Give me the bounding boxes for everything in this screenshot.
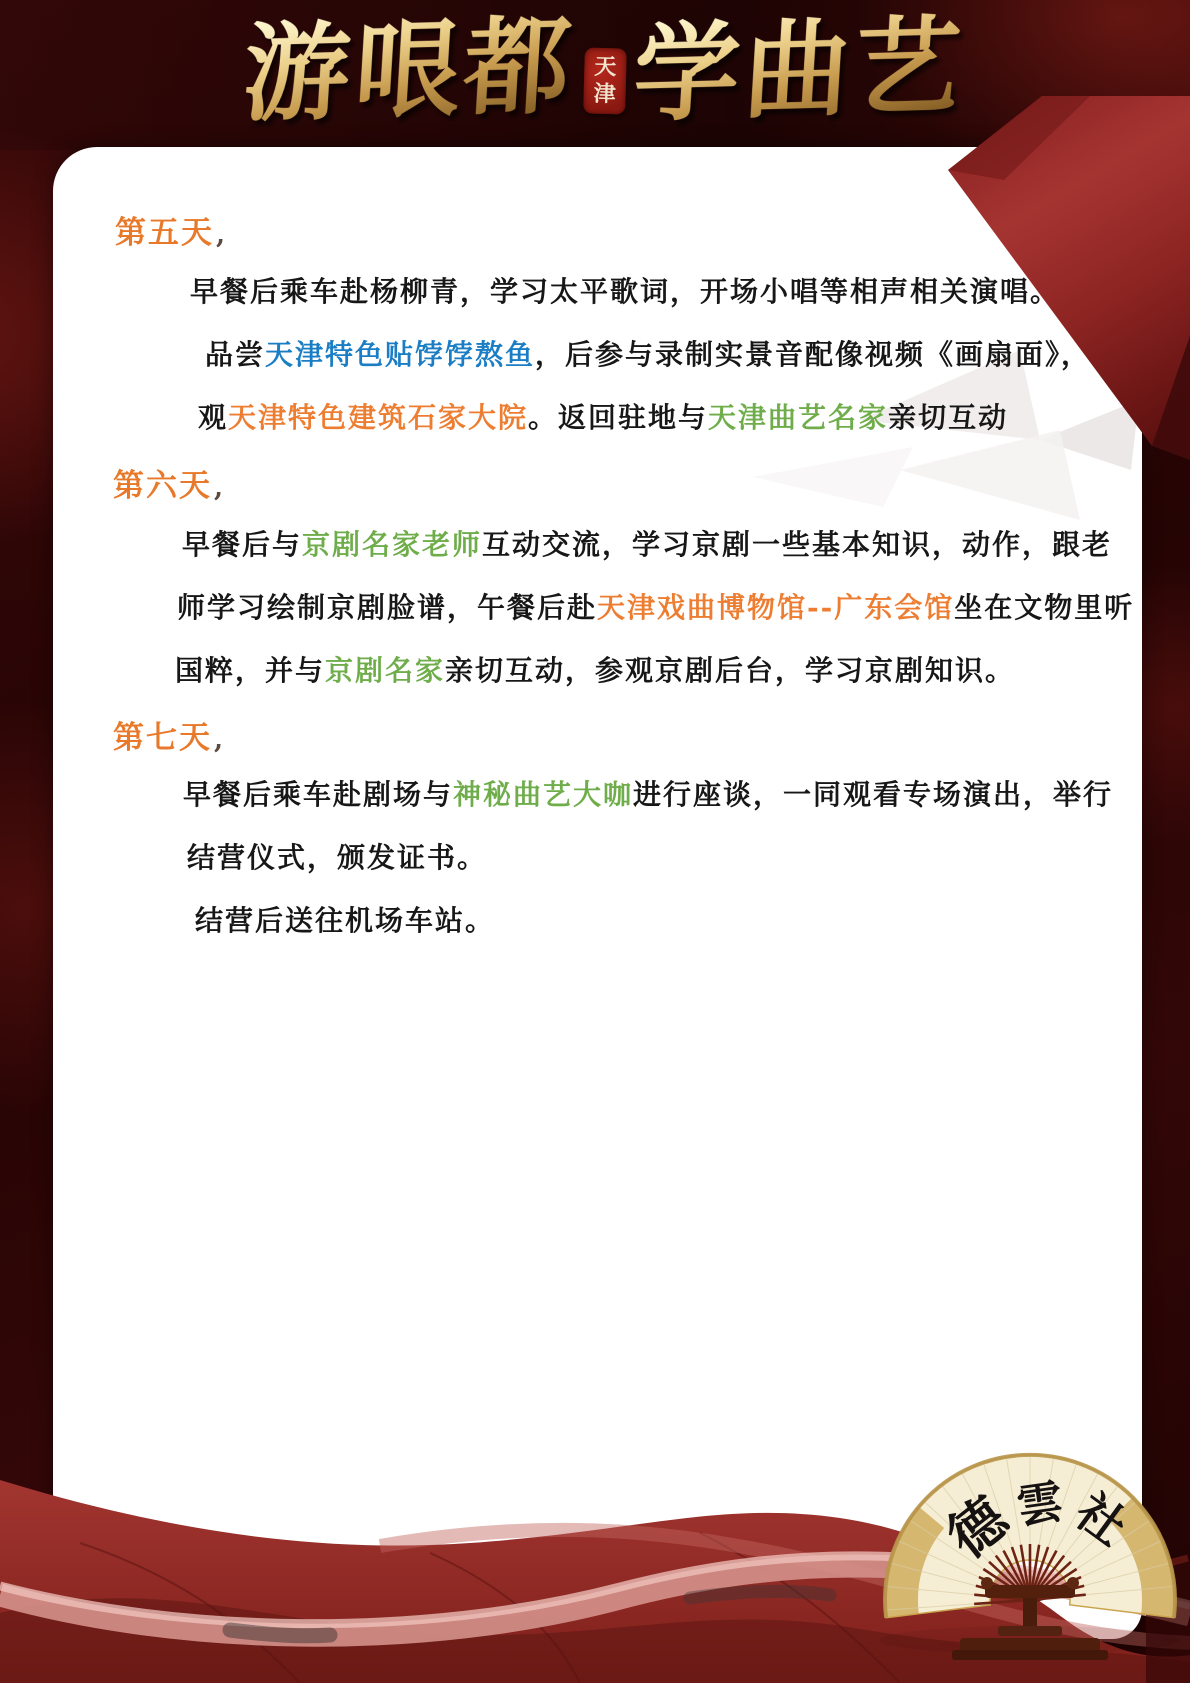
text-segment: ，后参与录制实景音配像视频《画扇面》，参 bbox=[535, 338, 1121, 371]
text-segment: 进行座谈，一同观看专场演出，举行 bbox=[633, 778, 1113, 811]
text-segment: 互动交流，学习京剧一些基本知识，动作，跟老 bbox=[482, 528, 1112, 561]
text-segment: 早餐后乘车赴杨柳青，学习太平歌词，开场小唱等相声相关演唱。午餐 bbox=[190, 275, 1120, 308]
text-segment: 结营仪式，颁发证书。 bbox=[187, 841, 487, 874]
text-segment: 早餐后与 bbox=[182, 528, 302, 561]
text-segment: 早餐后乘车赴剧场与 bbox=[183, 778, 453, 811]
itinerary-line: 结营仪式，颁发证书。 bbox=[187, 836, 487, 876]
itinerary-line: 早餐后与京剧名家老师互动交流，学习京剧一些基本知识，动作，跟老 bbox=[182, 523, 1112, 563]
itinerary-line: 品尝天津特色贴饽饽熬鱼，后参与录制实景音配像视频《画扇面》，参 bbox=[205, 333, 1121, 373]
day-label-text: 第六天 bbox=[113, 468, 212, 504]
day-header: 第六天, bbox=[113, 460, 225, 505]
text-segment: 亲切互动，参观京剧后台，学习京剧知识。 bbox=[445, 654, 1015, 687]
day-label-text: 第五天 bbox=[115, 215, 214, 251]
itinerary-line: 早餐后乘车赴杨柳青，学习太平歌词，开场小唱等相声相关演唱。午餐 bbox=[190, 270, 1120, 310]
itinerary-line: 观天津特色建筑石家大院。返回驻地与天津曲艺名家亲切互动 bbox=[198, 396, 1008, 436]
poster-page: 游哏都 天 津 学曲艺 第五天,早餐后乘车赴杨柳青，学习太平歌词，开场小唱等相声… bbox=[0, 0, 1190, 1683]
day-label-comma: , bbox=[214, 473, 225, 503]
day-header: 第五天, bbox=[115, 207, 227, 252]
itinerary-line: 结营后送往机场车站。 bbox=[195, 899, 495, 939]
day-label-comma: , bbox=[216, 220, 227, 250]
text-segment: 天津曲艺名家 bbox=[708, 401, 888, 434]
text-segment: 。返回驻地与 bbox=[528, 401, 708, 434]
text-segment: 品尝 bbox=[205, 338, 265, 371]
day-label-comma: , bbox=[214, 725, 225, 755]
text-segment: 神秘曲艺大咖 bbox=[453, 778, 633, 811]
itinerary-line: 师学习绘制京剧脸谱，午餐后赴天津戏曲博物馆--广东会馆坐在文物里听 bbox=[177, 586, 1134, 626]
day-label-text: 第七天 bbox=[113, 720, 212, 756]
day-header: 第七天, bbox=[113, 712, 225, 757]
itinerary-text: 第五天,早餐后乘车赴杨柳青，学习太平歌词，开场小唱等相声相关演唱。午餐品尝天津特… bbox=[0, 0, 1190, 1683]
text-segment: 京剧名家老师 bbox=[302, 528, 482, 561]
text-segment: 天津戏曲博物馆--广东会馆 bbox=[597, 591, 954, 624]
text-segment: 结营后送往机场车站。 bbox=[195, 904, 495, 937]
text-segment: 观 bbox=[198, 401, 228, 434]
text-segment: 坐在文物里听 bbox=[954, 591, 1134, 624]
text-segment: 师学习绘制京剧脸谱，午餐后赴 bbox=[177, 591, 597, 624]
text-segment: 国粹，并与 bbox=[175, 654, 325, 687]
text-segment: 天津特色建筑石家大院 bbox=[228, 401, 528, 434]
text-segment: 亲切互动 bbox=[888, 401, 1008, 434]
itinerary-line: 早餐后乘车赴剧场与神秘曲艺大咖进行座谈，一同观看专场演出，举行 bbox=[183, 773, 1113, 813]
text-segment: 京剧名家 bbox=[325, 654, 445, 687]
text-segment: 天津特色贴饽饽熬鱼 bbox=[265, 338, 535, 371]
itinerary-line: 国粹，并与京剧名家亲切互动，参观京剧后台，学习京剧知识。 bbox=[175, 649, 1015, 689]
